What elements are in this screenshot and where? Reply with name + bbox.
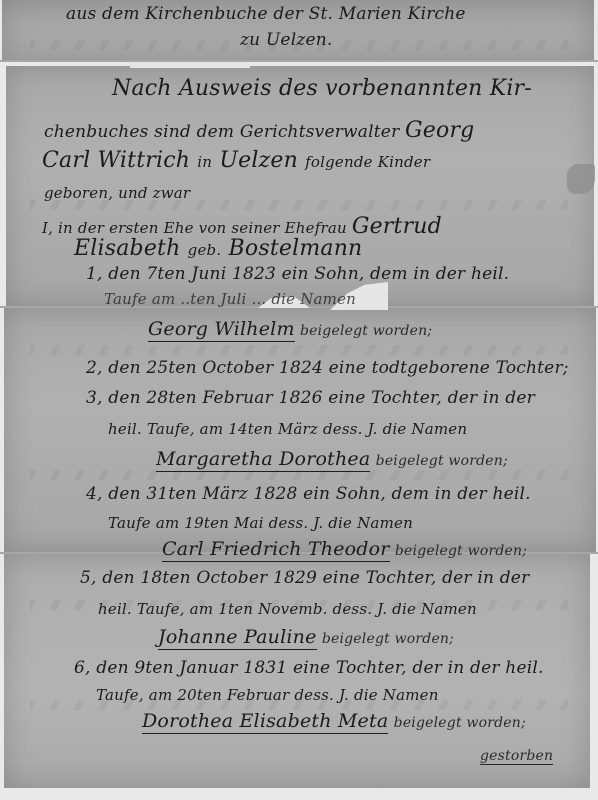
entry-number: 2,	[86, 358, 103, 378]
child-name: Johanne Pauline	[158, 626, 317, 650]
bleed-through	[30, 345, 568, 355]
mother-second-name: Elisabeth	[74, 236, 180, 261]
child-name: Margaretha Dorothea	[156, 448, 370, 472]
footer-note-gestorben: gestorben	[480, 748, 553, 765]
entry-text: den 18ten October 1829 eine Tochter, der…	[102, 568, 529, 588]
mother-maiden-name: Bostelmann	[229, 236, 363, 261]
entry-number: 6,	[74, 658, 91, 678]
entry-3-child: Margaretha Dorothea beigelegt worden;	[156, 448, 508, 470]
marriage-line-2: Elisabeth geb. Bostelmann	[74, 236, 362, 261]
entry-suffix: beigelegt worden;	[322, 631, 454, 647]
entry-5-line-2: heil. Taufe, am 1ten Novemb. dess. J. di…	[98, 600, 477, 618]
entry-text: den 7ten Juni 1823 ein Sohn, dem in der …	[108, 264, 509, 284]
entry-6-line-2: Taufe, am 20ten Februar dess. J. die Nam…	[96, 686, 439, 704]
mother-first-name: Gertrud	[352, 214, 442, 239]
intro-line-1: Nach Ausweis des vorbenannten Kir-	[112, 76, 532, 101]
entry-number: 1,	[86, 264, 103, 284]
child-name: Dorothea Elisabeth Meta	[142, 710, 388, 734]
entry-4-child: Carl Friedrich Theodor beigelegt worden;	[162, 538, 527, 560]
entry-suffix: beigelegt worden;	[395, 543, 527, 559]
entry-3-line-1: 3, den 28ten Februar 1826 eine Tochter, …	[86, 388, 535, 408]
word-geb: geb.	[188, 241, 222, 259]
entry-number: 4,	[86, 484, 103, 504]
entry-text: den 31ten März 1828 ein Sohn, dem in der…	[108, 484, 531, 504]
paper-stain	[567, 164, 595, 194]
entry-4-line-2: Taufe am 19ten Mai dess. J. die Namen	[108, 514, 413, 532]
entry-2-line-1: 2, den 25ten October 1824 eine todtgebor…	[86, 358, 569, 378]
entry-suffix: beigelegt worden;	[394, 715, 526, 731]
entry-suffix: beigelegt worden;	[300, 323, 432, 339]
entry-number: 5,	[80, 568, 97, 588]
intro-line-3-rest: folgende Kinder	[305, 153, 430, 171]
intro-word-in: in	[197, 153, 212, 171]
fold-line	[0, 60, 598, 62]
father-first-name: Georg	[405, 118, 474, 143]
intro-line-2: chenbuches sind dem Gerichtsverwalter Ge…	[44, 118, 474, 143]
intro-line-4: geboren, und zwar	[44, 184, 190, 202]
entry-text: den 9ten Januar 1831 eine Tochter, der i…	[96, 658, 543, 678]
header-line-1: aus dem Kirchenbuche der St. Marien Kirc…	[66, 4, 466, 24]
header-line-2: zu Uelzen.	[240, 30, 333, 50]
intro-line-3: Carl Wittrich in Uelzen folgende Kinder	[42, 148, 430, 173]
entry-5-line-1: 5, den 18ten October 1829 eine Tochter, …	[80, 568, 529, 588]
entry-4-line-1: 4, den 31ten März 1828 ein Sohn, dem in …	[86, 484, 531, 504]
entry-suffix: beigelegt worden;	[376, 453, 508, 469]
paper-tear	[130, 62, 250, 68]
child-name: Georg Wilhelm	[148, 318, 295, 342]
entry-1-child: Georg Wilhelm beigelegt worden;	[148, 318, 432, 340]
entry-5-child: Johanne Pauline beigelegt worden;	[158, 626, 454, 648]
entry-6-child: Dorothea Elisabeth Meta beigelegt worden…	[142, 710, 526, 732]
intro-line-2-text: chenbuches sind dem Gerichtsverwalter	[44, 122, 399, 142]
entry-1-line-1: 1, den 7ten Juni 1823 ein Sohn, dem in d…	[86, 264, 509, 284]
entry-1-line-2: Taufe am ..ten Juli ... die Namen	[104, 290, 356, 308]
entry-number: 3,	[86, 388, 103, 408]
entry-3-line-2: heil. Taufe, am 14ten März dess. J. die …	[108, 420, 467, 438]
entry-6-line-1: 6, den 9ten Januar 1831 eine Tochter, de…	[74, 658, 544, 678]
father-name: Carl Wittrich	[42, 148, 190, 173]
place-name: Uelzen	[219, 148, 298, 173]
child-name: Carl Friedrich Theodor	[162, 538, 390, 562]
marriage-line-1-text: I, in der ersten Ehe von seiner Ehefrau	[42, 219, 347, 237]
entry-text: den 28ten Februar 1826 eine Tochter, der…	[108, 388, 535, 408]
document-scan: aus dem Kirchenbuche der St. Marien Kirc…	[0, 0, 598, 800]
entry-text: den 25ten October 1824 eine todtgeborene…	[108, 358, 568, 378]
